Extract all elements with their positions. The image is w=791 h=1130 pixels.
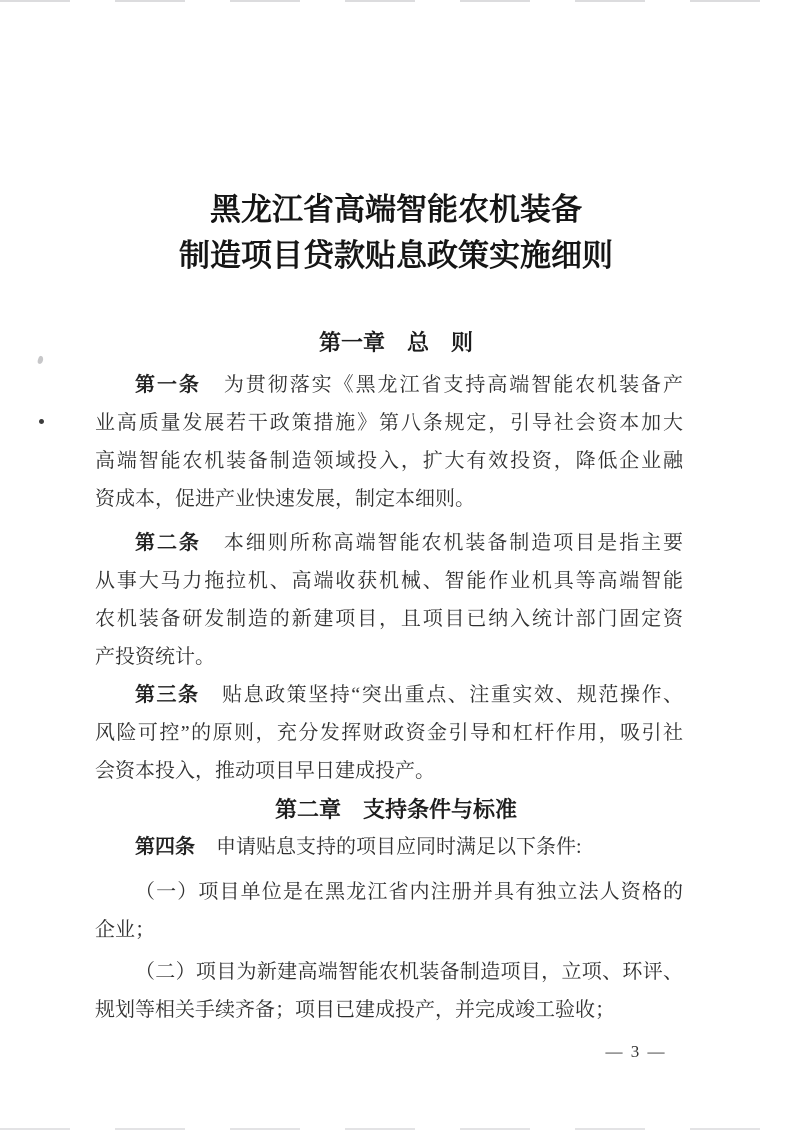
- article-2-line-4: 产投资统计。: [95, 638, 683, 676]
- document-body: 黑龙江省高端智能农机装备 制造项目贷款贴息政策实施细则 第一章 总 则 第一条为…: [95, 0, 683, 1029]
- chapter-2-heading: 第二章 支持条件与标准: [102, 796, 690, 823]
- scanned-document-page: 黑龙江省高端智能农机装备 制造项目贷款贴息政策实施细则 第一章 总 则 第一条为…: [0, 0, 791, 1130]
- scan-speck: [37, 355, 44, 364]
- article-4-item-2-line-1: （二）项目为新建高端智能农机装备制造项目，立项、环评、: [95, 953, 683, 991]
- article-3-line-1: 第三条贴息政策坚持“突出重点、注重实效、规范操作、: [95, 676, 683, 714]
- article-3-label: 第三条: [135, 684, 200, 706]
- article-2-text-1: 本细则所称高端智能农机装备制造项目是指主要: [222, 532, 683, 554]
- article-4-line-1: 第四条申请贴息支持的项目应同时满足以下条件:: [95, 828, 683, 866]
- article-4-item-1-line-1: （一）项目单位是在黑龙江省内注册并具有独立法人资格的: [95, 873, 683, 911]
- article-4-text-1: 申请贴息支持的项目应同时满足以下条件:: [216, 836, 582, 858]
- article-4-item-2-line-2: 规划等相关手续齐备；项目已建成投产，并完成竣工验收；: [95, 991, 683, 1029]
- article-2-label: 第二条: [135, 532, 201, 554]
- article-2-line-2: 从事大马力拖拉机、高端收获机械、智能作业机具等高端智能: [95, 562, 683, 600]
- article-1-line-3: 高端智能农机装备制造领域投入，扩大有效投资，降低企业融: [95, 442, 683, 480]
- article-2: 第二条本细则所称高端智能农机装备制造项目是指主要 从事大马力拖拉机、高端收获机械…: [95, 524, 683, 676]
- scan-speck: [39, 419, 44, 424]
- article-1-line-2: 业高质量发展若干政策措施》第八条规定，引导社会资本加大: [95, 404, 683, 442]
- article-3-line-3: 会资本投入，推动项目早日建成投产。: [95, 752, 683, 790]
- article-1: 第一条为贯彻落实《黑龙江省支持高端智能农机装备产 业高质量发展若干政策措施》第八…: [95, 366, 683, 518]
- article-1-line-4: 资成本，促进产业快速发展，制定本细则。: [95, 480, 683, 518]
- article-3-text-1: 贴息政策坚持“突出重点、注重实效、规范操作、: [221, 684, 683, 706]
- chapter-1-heading: 第一章 总 则: [102, 329, 690, 356]
- article-1-line-1: 第一条为贯彻落实《黑龙江省支持高端智能农机装备产: [95, 366, 683, 404]
- article-3: 第三条贴息政策坚持“突出重点、注重实效、规范操作、 风险可控”的原则，充分发挥财…: [95, 676, 683, 790]
- document-title: 黑龙江省高端智能农机装备 制造项目贷款贴息政策实施细则: [102, 187, 690, 279]
- document-title-line-1: 黑龙江省高端智能农机装备: [102, 187, 690, 233]
- article-2-line-1: 第二条本细则所称高端智能农机装备制造项目是指主要: [95, 524, 683, 562]
- article-1-text-1: 为贯彻落实《黑龙江省支持高端智能农机装备产: [222, 374, 683, 396]
- article-2-line-3: 农机装备研发制造的新建项目，且项目已纳入统计部门固定资: [95, 600, 683, 638]
- article-1-label: 第一条: [135, 374, 201, 396]
- article-4-item-2: （二）项目为新建高端智能农机装备制造项目，立项、环评、 规划等相关手续齐备；项目…: [95, 953, 683, 1029]
- document-title-line-2: 制造项目贷款贴息政策实施细则: [102, 233, 690, 279]
- page-number: — 3 —: [594, 1042, 678, 1062]
- article-4: 第四条申请贴息支持的项目应同时满足以下条件:: [95, 828, 683, 866]
- article-3-line-2: 风险可控”的原则，充分发挥财政资金引导和杠杆作用，吸引社: [95, 714, 683, 752]
- article-4-item-1-line-2: 企业；: [95, 911, 683, 949]
- article-4-item-1: （一）项目单位是在黑龙江省内注册并具有独立法人资格的 企业；: [95, 873, 683, 949]
- article-4-label: 第四条: [135, 836, 195, 858]
